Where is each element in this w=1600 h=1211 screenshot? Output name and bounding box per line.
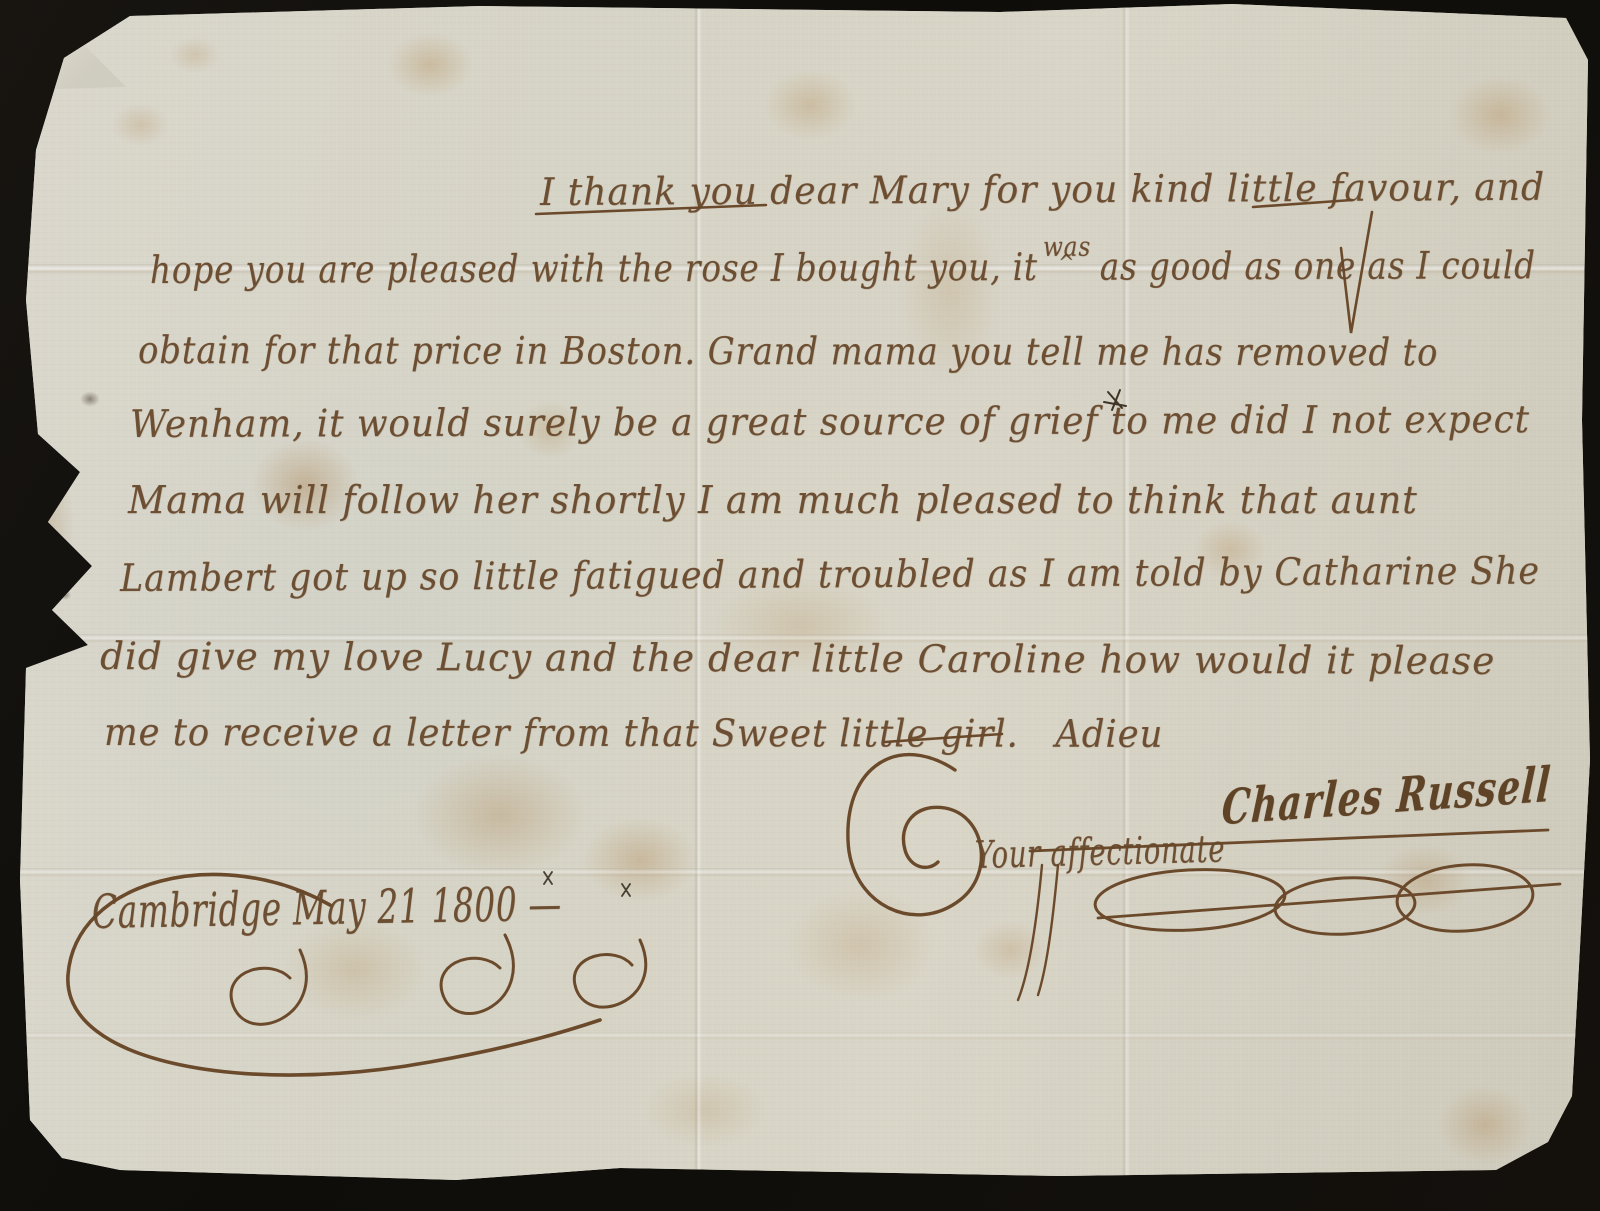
letter-line-4: Wenham, it would surely be a great sourc…: [130, 397, 1530, 446]
letter-line-6-text: Lambert got up so little fatigued and tr…: [120, 549, 1540, 600]
letter-closing: Your affectionate: [974, 826, 1225, 877]
letter-line-2-pre: hope you are pleased with the rose I bou…: [150, 245, 1038, 292]
letter-line-1-text: I thank you dear Mary for you kind littl…: [540, 165, 1545, 214]
letter-paper: I thank you dear Mary for you kind littl…: [0, 0, 1600, 1211]
letter-closing-text: Your affectionate: [974, 826, 1225, 877]
letter-line-6: Lambert got up so little fatigued and tr…: [120, 549, 1540, 600]
letter-line-5-text: Mama will follow her shortly I am much p…: [128, 478, 1418, 522]
letter-line-2: hope you are pleased with the rose I bou…: [150, 243, 1536, 292]
letter-line-7: did give my love Lucy and the dear littl…: [100, 634, 1495, 683]
letter-line-5: Mama will follow her shortly I am much p…: [128, 478, 1418, 522]
letter-line-8: me to receive a letter from that Sweet l…: [104, 710, 1163, 756]
letter-line-2-post: as good as one as I could: [1100, 243, 1536, 289]
letter-dateline-text: Cambridge May 21 1800 —: [92, 877, 563, 940]
insertion-wrap: ^was: [1043, 245, 1091, 289]
fold-crease-horizontal-bottom: [0, 1032, 1600, 1040]
letter-line-4-text: Wenham, it would surely be a great sourc…: [130, 397, 1530, 446]
letter-line-3-text: obtain for that price in Boston. Grand m…: [138, 328, 1438, 374]
fold-crease-horizontal-lower: [0, 868, 1600, 877]
letter-line-8-text: me to receive a letter from that Sweet l…: [104, 710, 1163, 756]
letter-line-7-text: did give my love Lucy and the dear littl…: [100, 634, 1495, 683]
letter-line-3: obtain for that price in Boston. Grand m…: [138, 328, 1438, 374]
photo-stage: I thank you dear Mary for you kind littl…: [0, 0, 1600, 1211]
letter-dateline: Cambridge May 21 1800 —: [92, 877, 563, 940]
letter-line-1: I thank you dear Mary for you kind littl…: [540, 165, 1545, 214]
inserted-word: was: [1043, 232, 1091, 263]
